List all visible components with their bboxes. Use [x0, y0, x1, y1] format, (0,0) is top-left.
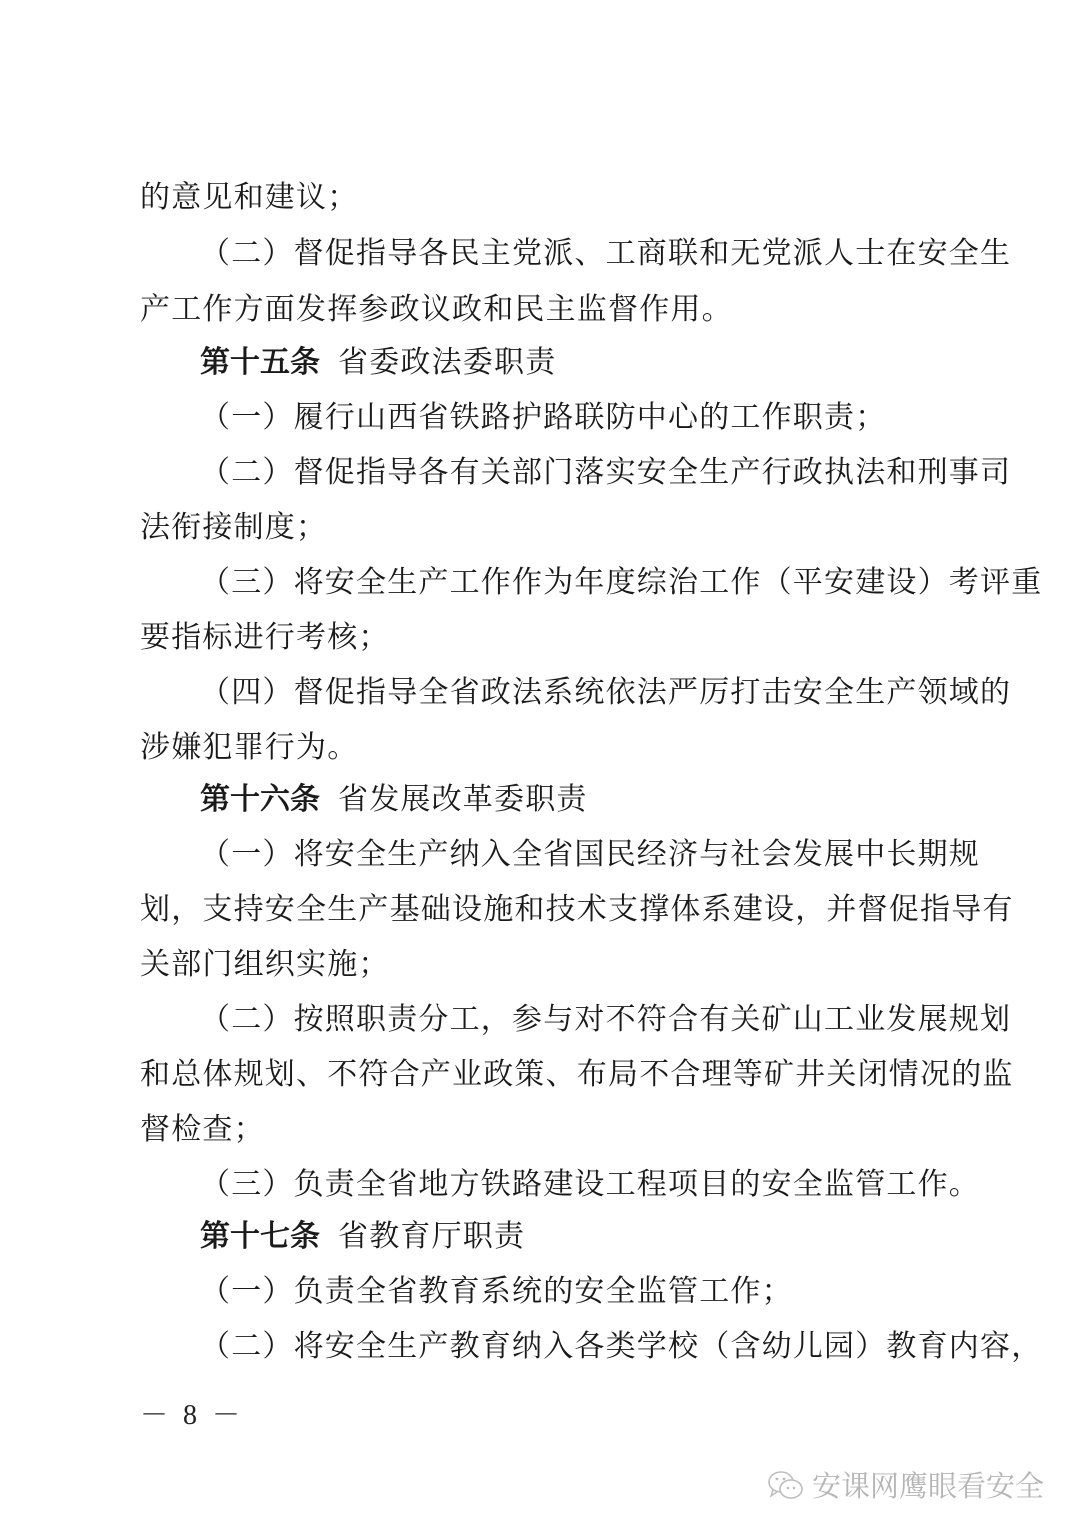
paragraph-line: 要指标进行考核；	[140, 618, 390, 658]
paragraph-line: 和总体规划、不符合产业政策、布局不合理等矿井关闭情况的监	[140, 1055, 1014, 1095]
paragraph-line: 的意见和建议；	[140, 178, 358, 218]
article-title: 省发展改革委职责	[338, 782, 588, 817]
paragraph-line: （二）按照职责分工，参与对不符合有关矿山工业发展规划	[200, 1000, 1011, 1040]
article-title: 省教育厅职责	[338, 1219, 525, 1254]
paragraph-line: （一）履行山西省铁路护路联防中心的工作职责；	[200, 398, 886, 438]
paragraph-line: （四）督促指导全省政法系统依法严厉打击安全生产领域的	[200, 673, 1011, 713]
page-number: － 8 －	[140, 1398, 244, 1434]
article-heading-16: 第十六条省发展改革委职责	[200, 780, 588, 820]
article-title: 省委政法委职责	[338, 345, 556, 380]
article-heading-17: 第十七条省教育厅职责	[200, 1217, 525, 1257]
wechat-icon	[766, 1468, 806, 1504]
paragraph-line: （一）将安全生产纳入全省国民经济与社会发展中长期规	[200, 835, 980, 875]
watermark: 安课网鹰眼看安全	[766, 1468, 1044, 1504]
paragraph-line: （一）负责全省教育系统的安全监管工作；	[200, 1272, 793, 1312]
paragraph-line: （三）负责全省地方铁路建设工程项目的安全监管工作。	[200, 1165, 980, 1205]
paragraph-line: 督检查；	[140, 1110, 265, 1150]
article-heading-15: 第十五条省委政法委职责	[200, 343, 556, 383]
paragraph-line: （二）督促指导各民主党派、工商联和无党派人士在安全生	[200, 234, 1011, 274]
paragraph-line: 产工作方面发挥参政议政和民主监督作用。	[140, 290, 733, 330]
article-number: 第十六条	[200, 782, 320, 817]
paragraph-line: （二）将安全生产教育纳入各类学校（含幼儿园）教育内容，	[200, 1327, 1042, 1367]
paragraph-line: 划，支持安全生产基础设施和技术支撑体系建设，并督促指导有	[140, 890, 1014, 930]
article-number: 第十七条	[200, 1219, 320, 1254]
watermark-text: 安课网鹰眼看安全	[812, 1468, 1044, 1504]
paragraph-line: （三）将安全生产工作作为年度综治工作（平安建设）考评重	[200, 563, 1042, 603]
paragraph-line: 关部门组织实施；	[140, 945, 390, 985]
article-number: 第十五条	[200, 345, 320, 380]
paragraph-line: 法衔接制度；	[140, 508, 327, 548]
paragraph-line: 涉嫌犯罪行为。	[140, 728, 358, 768]
paragraph-line: （二）督促指导各有关部门落实安全生产行政执法和刑事司	[200, 453, 1011, 493]
document-page: 的意见和建议； （二）督促指导各民主党派、工商联和无党派人士在安全生 产工作方面…	[0, 0, 1080, 1527]
